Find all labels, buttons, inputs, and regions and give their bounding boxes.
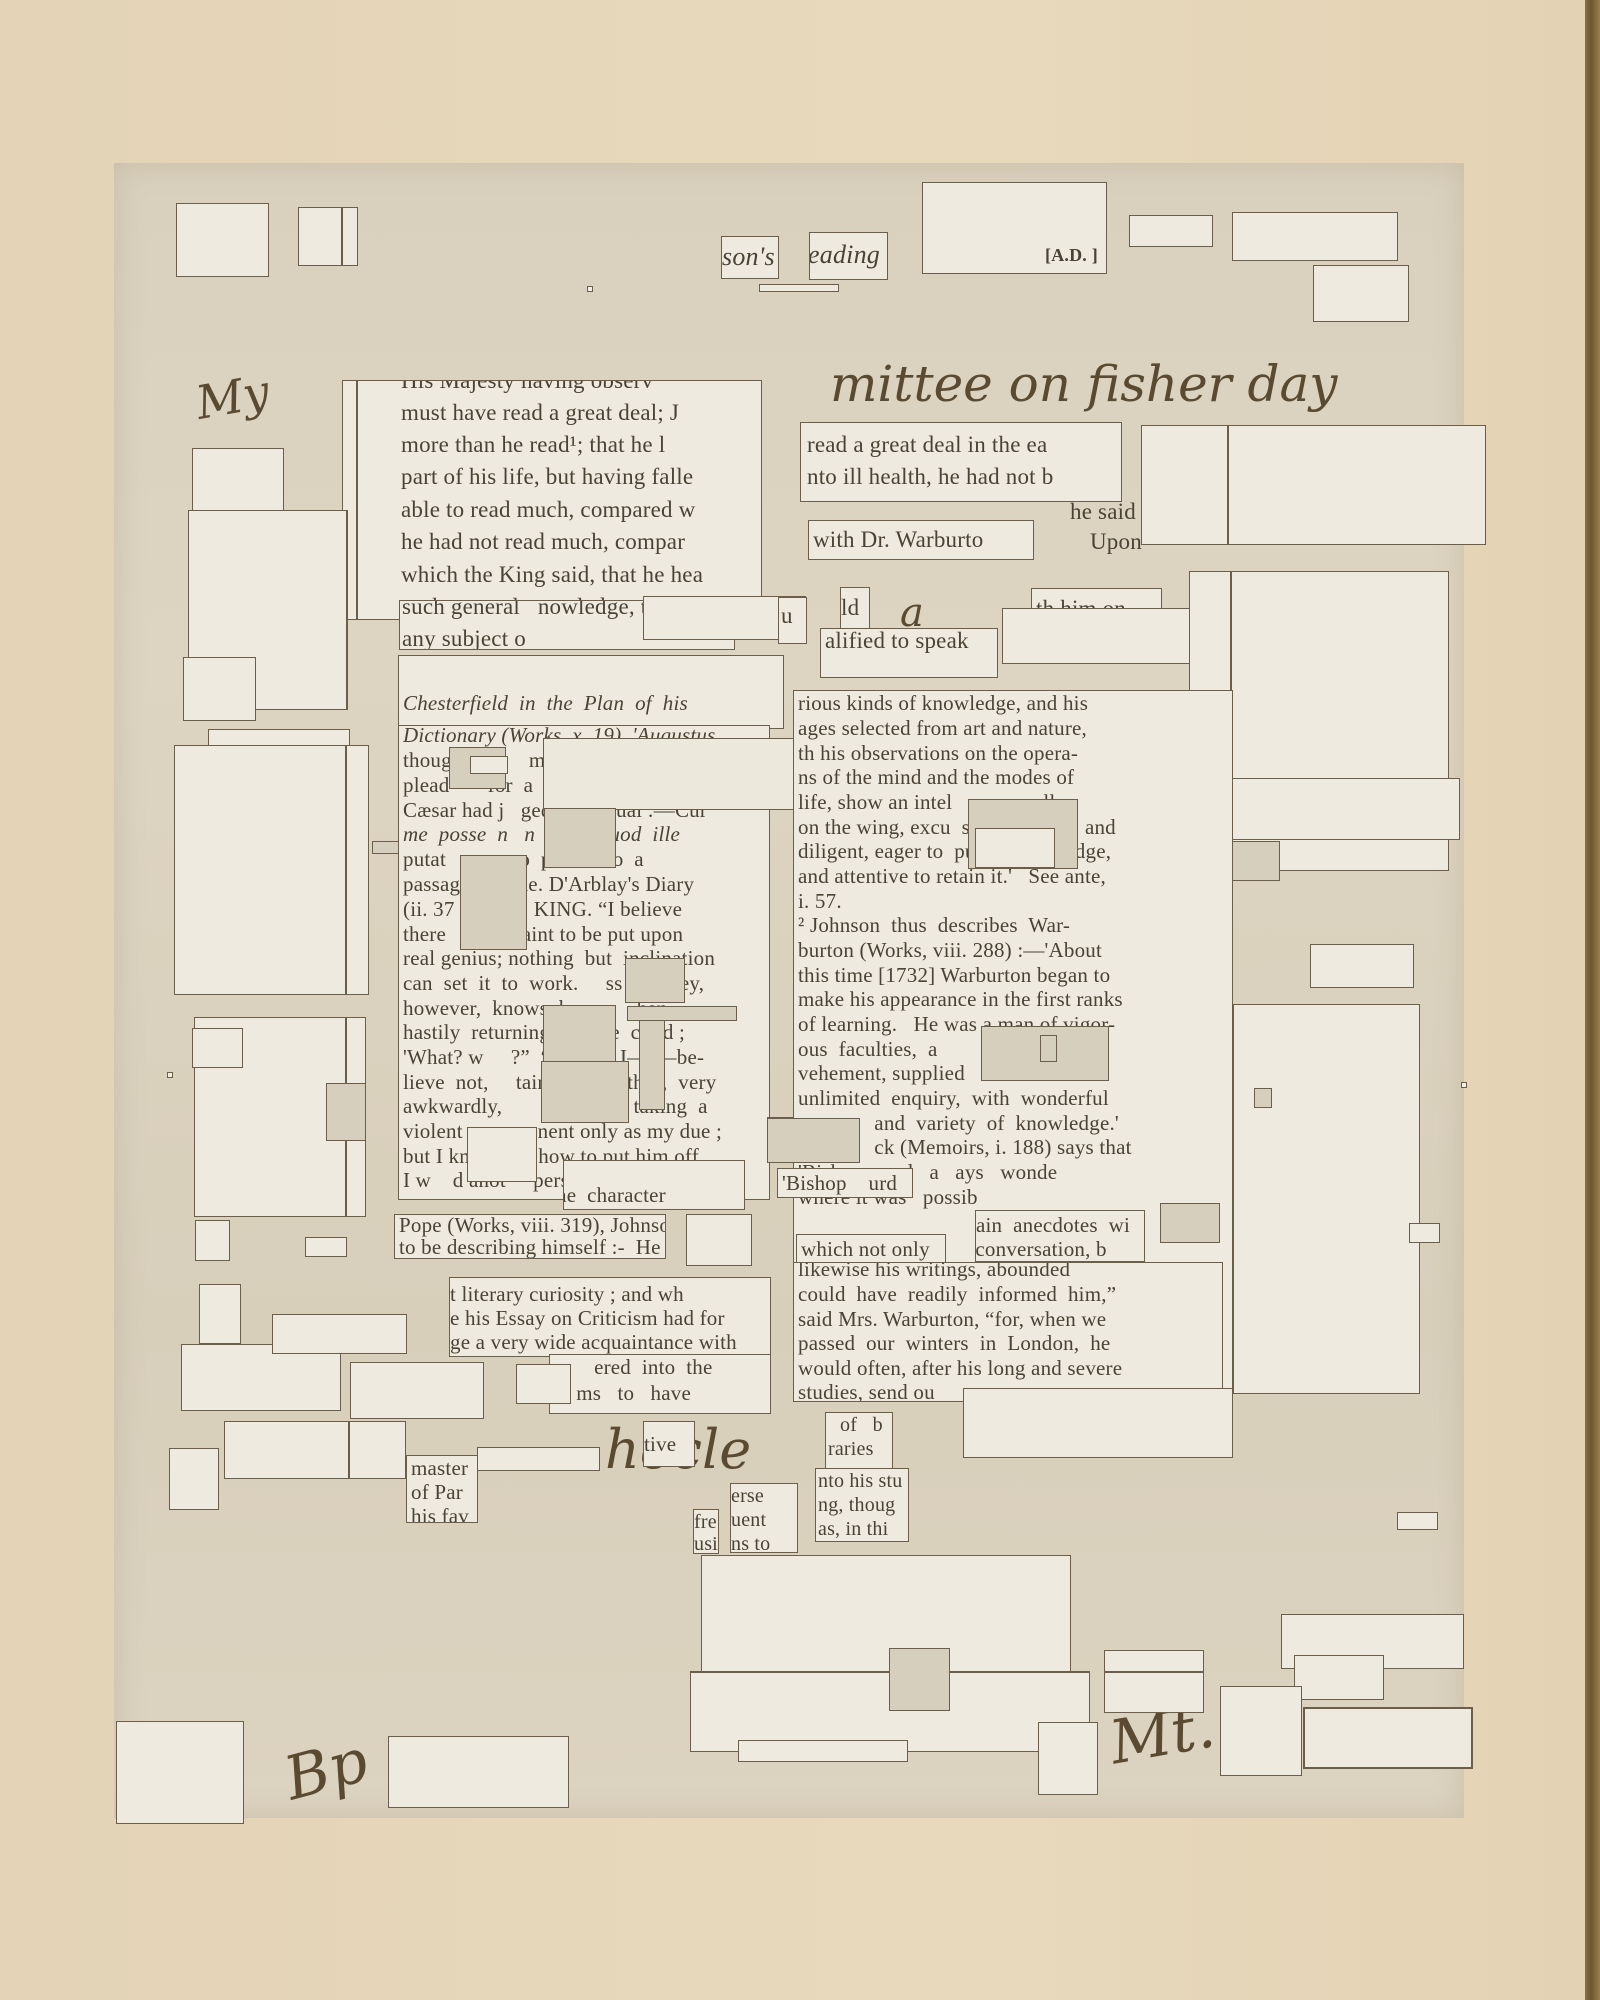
blank-patch (326, 1083, 366, 1141)
blank-patch (224, 1421, 406, 1479)
text-fragment: tive (643, 1421, 695, 1467)
text-fragment: of the character (563, 1160, 745, 1210)
blank-patch (298, 207, 358, 266)
text-fragment: erse uent ns to (730, 1483, 798, 1553)
header-fragment-son: son's (721, 236, 779, 279)
blank-patch (1040, 1035, 1057, 1062)
blank-patch (1220, 1686, 1302, 1776)
text-fragment: fre usio (693, 1509, 719, 1554)
blank-patch (183, 657, 256, 721)
text-fragment (516, 1364, 571, 1404)
blank-patch (195, 1220, 230, 1261)
text-upon: Upon (1090, 530, 1142, 555)
lower-left-block: t literary curiosity ; and wh e his Essa… (449, 1277, 771, 1357)
blank-patch (767, 1118, 860, 1163)
text-fragment: alified to speak (820, 628, 998, 678)
blank-patch (1294, 1655, 1384, 1700)
text-fragment: 'Bishop urd a ays wonde (777, 1168, 913, 1198)
text-fragment: read a great deal in the ea nto ill heal… (800, 422, 1122, 502)
blank-patch (199, 1284, 241, 1344)
text-fragment: with Dr. Warburto (808, 520, 1034, 560)
marker-square (1461, 1082, 1467, 1088)
handwriting-top-right: mittee on fisher day (830, 355, 1338, 413)
blank-patch (116, 1721, 244, 1824)
blank-patch (1397, 1512, 1438, 1530)
blank-patch (1232, 212, 1398, 261)
header-underline (759, 284, 839, 292)
text-fragment (686, 1214, 752, 1266)
lower-left-block: books. hen he ered into the living ld, i… (549, 1354, 771, 1414)
marker-square (167, 1072, 173, 1078)
header-fragment-reading: eading (809, 232, 888, 280)
blank-patch (460, 855, 527, 950)
blank-patch (1160, 1203, 1220, 1243)
blank-patch (627, 1006, 737, 1021)
blank-patch (305, 1237, 347, 1257)
blank-patch (1230, 1004, 1420, 1394)
text-fragment: master he studie of Par his fav (406, 1455, 478, 1523)
text-fragment: Pope (Works, viii. 319), Johnson seem to… (394, 1214, 666, 1259)
blank-patch (543, 738, 803, 810)
blank-patch (176, 203, 269, 277)
blank-patch (1104, 1650, 1204, 1713)
text-fragment: u (778, 597, 807, 644)
blank-patch (350, 1362, 484, 1419)
header-year-patch: [A.D. ] (922, 182, 1107, 274)
blank-patch (1409, 1223, 1440, 1243)
blank-patch (625, 958, 685, 1003)
blank-patch (181, 1344, 341, 1411)
text-fragment: ain anecdotes wi which not only s conver… (975, 1210, 1145, 1262)
blank-patch (975, 828, 1055, 868)
blank-patch (1141, 425, 1486, 545)
text-fragment: nto his stu ng, thoug as, in thi (815, 1468, 909, 1542)
blank-patch (889, 1648, 950, 1711)
blank-patch (388, 1736, 569, 1808)
text-he-said: he said (1070, 500, 1136, 525)
main-text-block: His Majesty having observ must have read… (342, 380, 762, 620)
blank-patch (639, 1020, 665, 1110)
blank-patch (541, 1061, 629, 1123)
blank-patch (1310, 944, 1414, 988)
blank-patch (1129, 215, 1213, 247)
text-fragment (477, 1447, 600, 1471)
footnote-left-block: Chesterfield in the Plan of his (398, 655, 784, 729)
blank-patch (1254, 1088, 1272, 1108)
blank-patch (470, 756, 508, 774)
blank-patch (701, 1555, 1071, 1685)
marker-square (587, 286, 593, 292)
blank-patch (544, 808, 616, 868)
blank-patch (192, 1028, 243, 1068)
blank-patch (174, 745, 369, 995)
text-fragment (1002, 608, 1202, 664)
blank-patch (963, 1388, 1233, 1458)
blank-patch (738, 1740, 908, 1762)
book-spine-edge (1585, 0, 1600, 2000)
blank-patch (1313, 265, 1409, 322)
blank-patch (272, 1314, 407, 1354)
footnote-right-lower: likewise his writings, abounded could ha… (793, 1262, 1223, 1402)
blank-patch (543, 1005, 616, 1063)
blank-patch (1230, 841, 1280, 881)
blank-patch (467, 1127, 537, 1182)
blank-patch (1230, 778, 1460, 840)
blank-patch (169, 1448, 219, 1510)
blank-patch (1038, 1722, 1098, 1795)
blank-patch (1303, 1707, 1473, 1769)
